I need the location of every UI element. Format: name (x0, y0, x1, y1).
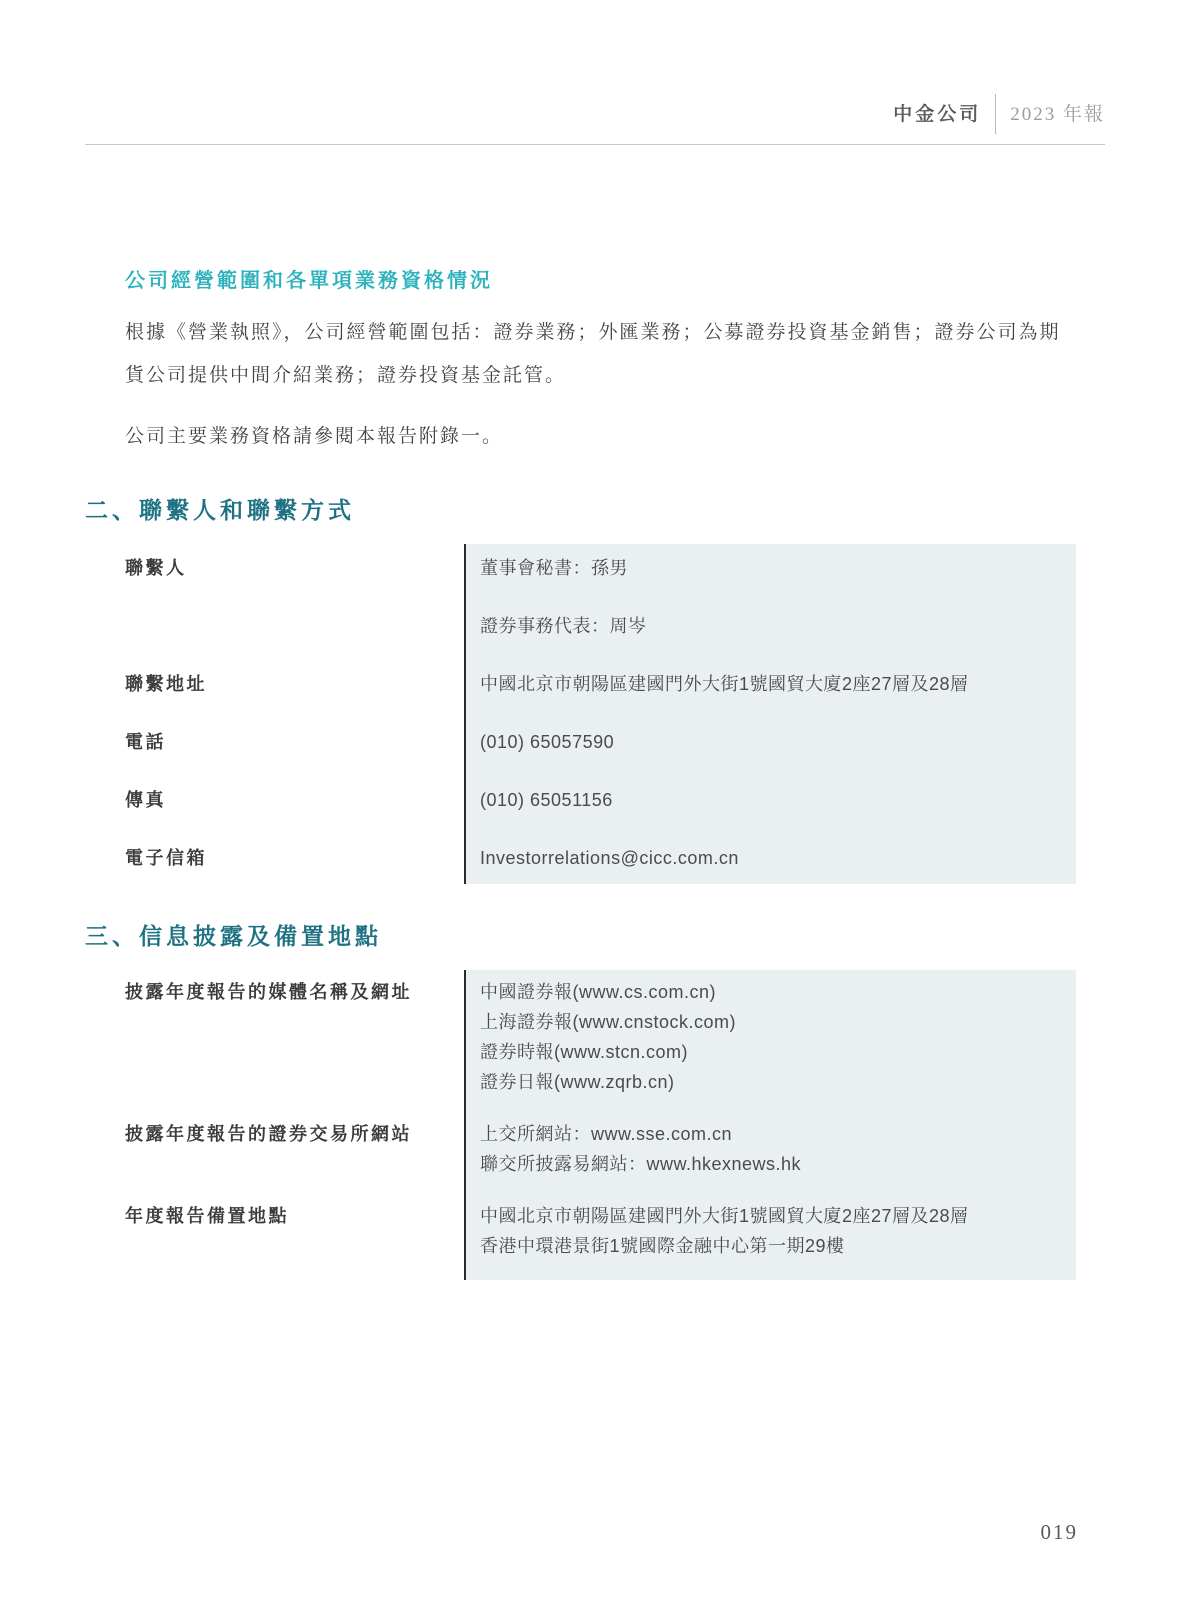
value-line: 上交所網站：www.sse.com.cn (480, 1122, 1076, 1146)
table-row: 聯繫地址中國北京市朝陽區建國門外大街1號國貿大廈2座27層及28層 (125, 672, 1076, 730)
value-line: 香港中環港景街1號國際金融中心第一期29樓 (480, 1234, 1076, 1258)
page-number: 019 (1041, 1520, 1079, 1545)
value-line: 中國證券報(www.cs.com.cn) (480, 980, 1076, 1004)
row-label: 披露年度報告的證券交易所網站 (125, 1122, 464, 1204)
contacts-table: 聯繫人董事會秘書：孫男證券事務代表：周岑聯繫地址中國北京市朝陽區建國門外大街1號… (125, 544, 1076, 884)
page-content: 公司經營範圍和各單項業務資格情況 根據《營業執照》，公司經營範圍包括：證券業務；… (0, 267, 1190, 1280)
row-label: 電話 (125, 730, 464, 788)
value-line: (010) 65057590 (480, 730, 1076, 754)
row-value: 中國北京市朝陽區建國門外大街1號國貿大廈2座27層及28層 (464, 672, 1076, 730)
row-value: 中國證券報(www.cs.com.cn)上海證券報(www.cnstock.co… (464, 970, 1076, 1122)
value-line: (010) 65051156 (480, 788, 1076, 812)
row-value: 董事會秘書：孫男證券事務代表：周岑 (464, 544, 1076, 672)
row-label: 披露年度報告的媒體名稱及網址 (125, 970, 464, 1122)
value-line: 中國北京市朝陽區建國門外大街1號國貿大廈2座27層及28層 (480, 672, 1076, 696)
table-row: 傳真(010) 65051156 (125, 788, 1076, 846)
row-value: (010) 65051156 (464, 788, 1076, 846)
business-scope-paragraph: 根據《營業執照》，公司經營範圍包括：證券業務；外匯業務；公募證券投資基金銷售；證… (125, 311, 1073, 397)
row-label: 聯繫人 (125, 544, 464, 672)
report-page: 中金公司 2023 年報 公司經營範圍和各單項業務資格情況 根據《營業執照》，公… (0, 0, 1190, 1615)
table-row: 電話(010) 65057590 (125, 730, 1076, 788)
company-name: 中金公司 (893, 99, 981, 126)
value-line: 中國北京市朝陽區建國門外大街1號國貿大廈2座27層及28層 (480, 1204, 1076, 1228)
table-row: 年度報告備置地點中國北京市朝陽區建國門外大街1號國貿大廈2座27層及28層香港中… (125, 1204, 1076, 1280)
section-heading-disclosure: 三、信息披露及備置地點 (85, 920, 1105, 952)
report-edition: 2023 年報 (1010, 99, 1105, 126)
table-row: 披露年度報告的媒體名稱及網址中國證券報(www.cs.com.cn)上海證券報(… (125, 970, 1076, 1122)
row-value: (010) 65057590 (464, 730, 1076, 788)
page-header: 中金公司 2023 年報 (85, 0, 1105, 145)
row-value: Investorrelations@cicc.com.cn (464, 846, 1076, 884)
table-row: 披露年度報告的證券交易所網站上交所網站：www.sse.com.cn聯交所披露易… (125, 1122, 1076, 1204)
header-brand: 中金公司 2023 年報 (893, 92, 1105, 132)
disclosure-table: 披露年度報告的媒體名稱及網址中國證券報(www.cs.com.cn)上海證券報(… (125, 970, 1076, 1280)
value-line: 證券事務代表：周岑 (480, 614, 1076, 638)
business-qualification-paragraph: 公司主要業務資格請參閱本報告附錄一。 (125, 415, 1073, 458)
value-line: 上海證券報(www.cnstock.com) (480, 1010, 1076, 1034)
header-divider (995, 94, 996, 134)
row-label: 聯繫地址 (125, 672, 464, 730)
business-scope-heading: 公司經營範圍和各單項業務資格情況 (125, 267, 1105, 295)
value-line: Investorrelations@cicc.com.cn (480, 846, 1076, 870)
table-row: 電子信箱Investorrelations@cicc.com.cn (125, 846, 1076, 884)
table-row: 聯繫人董事會秘書：孫男證券事務代表：周岑 (125, 544, 1076, 672)
row-label: 電子信箱 (125, 846, 464, 884)
row-value: 中國北京市朝陽區建國門外大街1號國貿大廈2座27層及28層香港中環港景街1號國際… (464, 1204, 1076, 1280)
value-line: 聯交所披露易網站：www.hkexnews.hk (480, 1152, 1076, 1176)
row-label: 傳真 (125, 788, 464, 846)
value-line: 證券日報(www.zqrb.cn) (480, 1070, 1076, 1094)
row-label: 年度報告備置地點 (125, 1204, 464, 1280)
row-value: 上交所網站：www.sse.com.cn聯交所披露易網站：www.hkexnew… (464, 1122, 1076, 1204)
section-heading-contacts: 二、聯繫人和聯繫方式 (85, 494, 1105, 526)
value-line: 證券時報(www.stcn.com) (480, 1040, 1076, 1064)
value-line: 董事會秘書：孫男 (480, 556, 1076, 580)
